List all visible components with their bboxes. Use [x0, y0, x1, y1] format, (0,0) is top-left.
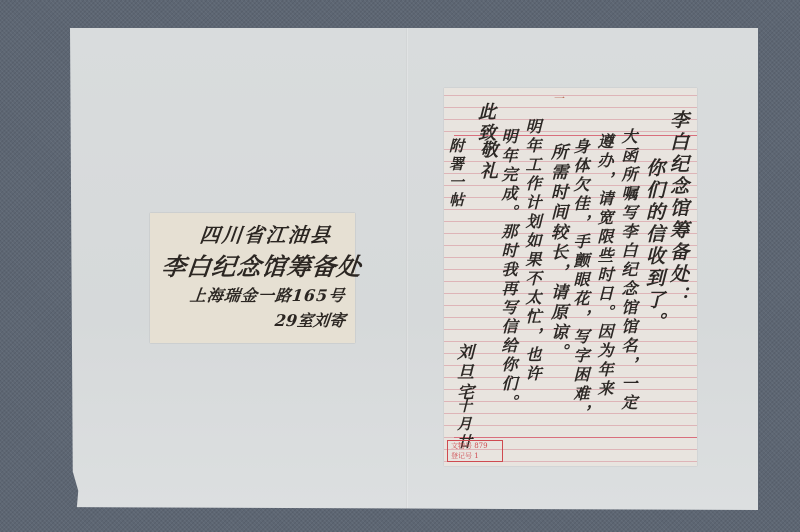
bottom-red-rule — [454, 437, 697, 438]
center-fold — [406, 28, 408, 510]
envelope-address-line-1: 四川省江油县 — [198, 219, 333, 248]
letter-column-1: 李白纪念馆筹备处： — [668, 110, 687, 308]
envelope-sender-address: 上海瑞金一路165号 — [189, 283, 347, 306]
letter-column-4: 遵办，请宽限些时日。因为年来 — [596, 133, 612, 399]
letter-closing-regards: 敬礼 — [478, 140, 496, 182]
envelope-sender-name: 29室刘寄 — [274, 308, 347, 331]
handwritten-letter: 一 李白纪念馆筹备处： 你们的信收到了。 大函所嘱写李白纪念馆馆名，一定 遵办，… — [444, 88, 697, 466]
archive-stamp-line-1: 文物号 879 — [451, 441, 499, 451]
envelope-card: 四川省江油县 李白纪念馆筹备处 上海瑞金一路165号 29室刘寄 — [150, 213, 355, 343]
archival-folder: 四川省江油县 李白纪念馆筹备处 上海瑞金一路165号 29室刘寄 一 李白纪念馆… — [70, 28, 758, 510]
letter-column-8: 明年完成。那时我再写信给你们。 — [500, 128, 516, 413]
letter-column-3: 大函所嘱写李白纪念馆馆名，一定 — [620, 128, 636, 413]
letter-attachment-note: 附署一帖 — [448, 138, 463, 210]
letter-signature: 刘旦宅 — [454, 343, 471, 403]
archive-stamp: 文物号 879 登记号 1 — [447, 440, 503, 462]
letter-column-2: 你们的信收到了。 — [644, 158, 663, 334]
envelope-recipient-line: 李白纪念馆筹备处 — [160, 247, 364, 282]
letter-column-5: 身体欠佳，手颤眼花，写字困难， — [572, 138, 588, 423]
letter-closing-salutation: 此致 — [476, 102, 494, 144]
page-number: 一 — [554, 90, 565, 106]
letter-column-7: 明年工作计划如果不太忙，也许 — [524, 118, 540, 384]
archive-stamp-line-2: 登记号 1 — [451, 451, 499, 461]
letter-column-6: 所需时间较长，请原谅。 — [548, 143, 565, 363]
